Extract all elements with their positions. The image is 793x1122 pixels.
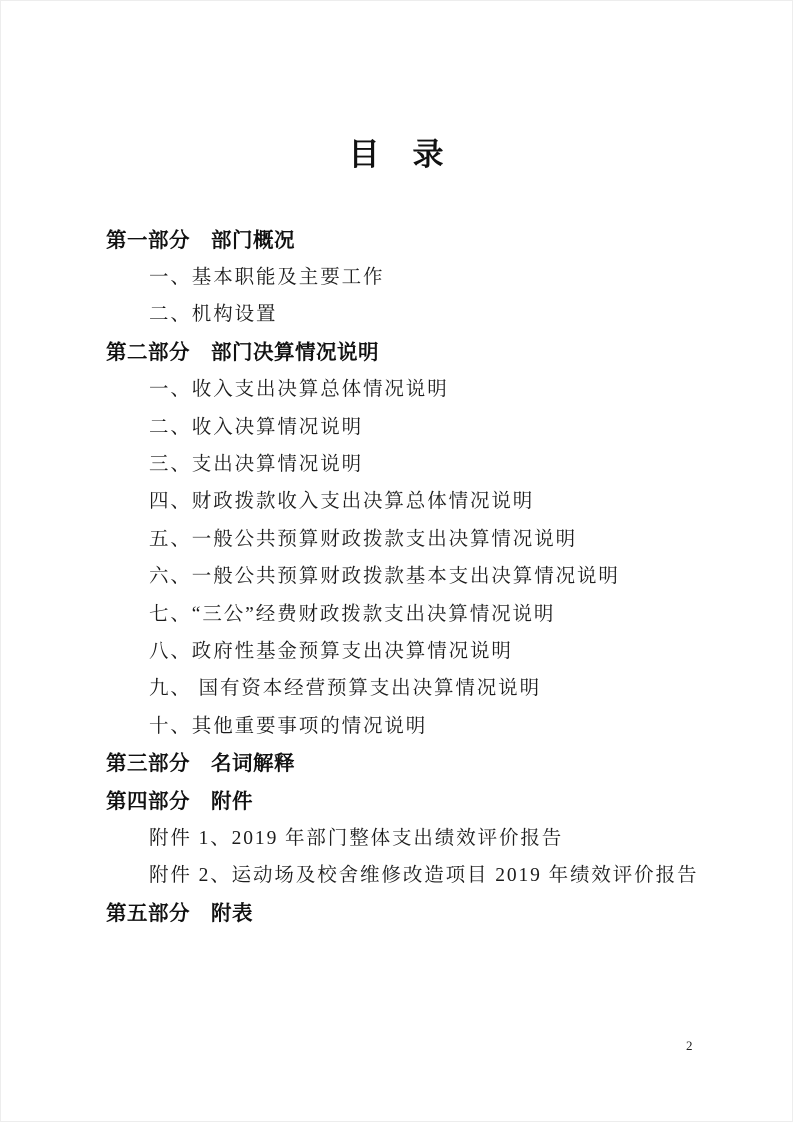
toc-entry: 一、收入支出决算总体情况说明 [106,369,737,406]
table-of-contents: 第一部分 部门概况一、基本职能及主要工作二、机构设置第二部分 部门决算情况说明一… [106,219,737,929]
toc-entry: 九、 国有资本经营预算支出决算情况说明 [106,668,737,705]
toc-entry: 八、政府性基金预算支出决算情况说明 [106,630,737,667]
toc-entry: 二、机构设置 [106,294,737,331]
toc-section-heading: 第二部分 部门决算情况说明 [106,331,737,368]
toc-entry: 三、支出决算情况说明 [106,443,737,480]
toc-entry: 附件 2、运动场及校舍维修改造项目 2019 年绩效评价报告 [106,855,737,892]
toc-section-heading: 第五部分 附表 [106,892,737,929]
toc-entry: 五、一般公共预算财政拨款支出决算情况说明 [106,518,737,555]
page-title: 目 录 [1,137,792,173]
toc-section-heading: 第一部分 部门概况 [106,219,737,256]
toc-section-heading: 第三部分 名词解释 [106,742,737,779]
toc-entry: 七、“三公”经费财政拨款支出决算情况说明 [106,593,737,630]
toc-entry: 十、其他重要事项的情况说明 [106,705,737,742]
toc-entry: 二、收入决算情况说明 [106,406,737,443]
document-page: 目 录 第一部分 部门概况一、基本职能及主要工作二、机构设置第二部分 部门决算情… [0,0,793,1122]
toc-section-heading: 第四部分 附件 [106,780,737,817]
toc-entry: 一、基本职能及主要工作 [106,256,737,293]
toc-entry: 四、财政拨款收入支出决算总体情况说明 [106,481,737,518]
page-number: 2 [686,1038,693,1054]
toc-entry: 附件 1、2019 年部门整体支出绩效评价报告 [106,817,737,854]
toc-entry: 六、一般公共预算财政拨款基本支出决算情况说明 [106,556,737,593]
